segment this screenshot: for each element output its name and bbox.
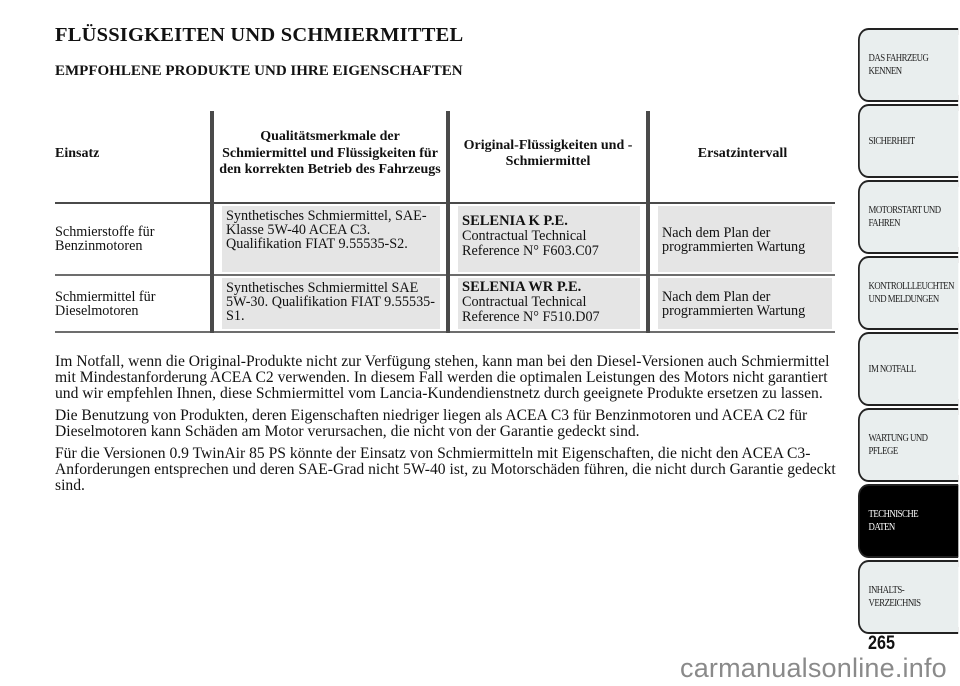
page-number: 265 <box>868 633 895 655</box>
tab-wartung-und-pflege[interactable]: WARTUNG UND PFLEGE <box>858 408 958 482</box>
product-reference: Contractual Technical Reference N° F510.… <box>462 295 636 325</box>
cell-interval-text: Nach dem Plan der programmierten Wartung <box>658 206 832 272</box>
paragraph-emergency: Im Notfall, wenn die Original-Produkte n… <box>55 354 840 403</box>
tab-motorstart-und-fahren[interactable]: MOTORSTART UND FAHREN <box>858 180 958 254</box>
chapter-tabs: DAS FAHRZEUG KENNEN SICHERHEIT MOTORSTAR… <box>858 28 960 636</box>
tab-sicherheit[interactable]: SICHERHEIT <box>858 104 958 178</box>
product-name: SELENIA K P.E. <box>462 213 636 229</box>
section-subtitle: EMPFOHLENE PRODUKTE UND IHRE EIGENSCHAFT… <box>55 63 463 80</box>
header-quality: Qualitätsmerkmale der Schmiermittel und … <box>212 111 448 203</box>
product-name: SELENIA WR P.E. <box>462 279 636 295</box>
tab-technische-daten[interactable]: TECHNISCHE DATEN <box>858 484 958 558</box>
paragraph-warning: Die Benutzung von Produkten, deren Eigen… <box>55 408 840 440</box>
cell-spec-text: Synthetisches Schmiermittel SAE 5W-30. Q… <box>222 278 440 329</box>
cell-use: Schmierstoffe für Benzinmotoren <box>55 203 212 275</box>
table-row: Schmierstoffe für Benzinmotoren Syntheti… <box>55 203 835 275</box>
cell-product: SELENIA WR P.E. Contractual Technical Re… <box>448 275 648 332</box>
cell-product: SELENIA K P.E. Contractual Technical Ref… <box>448 203 648 275</box>
cell-spec: Synthetisches Schmiermittel SAE 5W-30. Q… <box>212 275 448 332</box>
tab-kontrollleuchten[interactable]: KONTROLLLEUCHTEN UND MELDUNGEN <box>858 256 958 330</box>
body-text: Im Notfall, wenn die Original-Produkte n… <box>55 354 840 500</box>
cell-spec-text: Synthetisches Schmiermittel, SAE-Klasse … <box>222 206 440 272</box>
product-reference: Contractual Technical Reference N° F603.… <box>462 229 636 259</box>
table-header-row: Einsatz Qualitätsmerkmale der Schmiermit… <box>55 111 835 203</box>
cell-use: Schmiermittel für Dieselmotoren <box>55 275 212 332</box>
cell-interval: Nach dem Plan der programmierten Wartung <box>648 203 835 275</box>
tab-im-notfall[interactable]: IM NOTFALL <box>858 332 958 406</box>
cell-spec: Synthetisches Schmiermittel, SAE-Klasse … <box>212 203 448 275</box>
lubricants-table: Einsatz Qualitätsmerkmale der Schmiermit… <box>55 111 835 333</box>
header-original-products: Original-Flüssigkeiten und -Schmiermitte… <box>448 111 648 203</box>
tab-das-fahrzeug-kennen[interactable]: DAS FAHRZEUG KENNEN <box>858 28 958 102</box>
header-use: Einsatz <box>55 111 212 203</box>
page-title: FLÜSSIGKEITEN UND SCHMIERMITTEL <box>55 24 463 47</box>
paragraph-twinair: Für die Versionen 0.9 TwinAir 85 PS könn… <box>55 446 840 495</box>
tab-inhaltsverzeichnis[interactable]: INHALTS- VERZEICHNIS <box>858 560 958 634</box>
cell-interval-text: Nach dem Plan der programmierten Wartung <box>658 278 832 329</box>
header-interval: Ersatzintervall <box>648 111 835 203</box>
cell-interval: Nach dem Plan der programmierten Wartung <box>648 275 835 332</box>
watermark: carmanualsonline.info <box>680 653 947 684</box>
table-row: Schmiermittel für Dieselmotoren Syntheti… <box>55 275 835 332</box>
